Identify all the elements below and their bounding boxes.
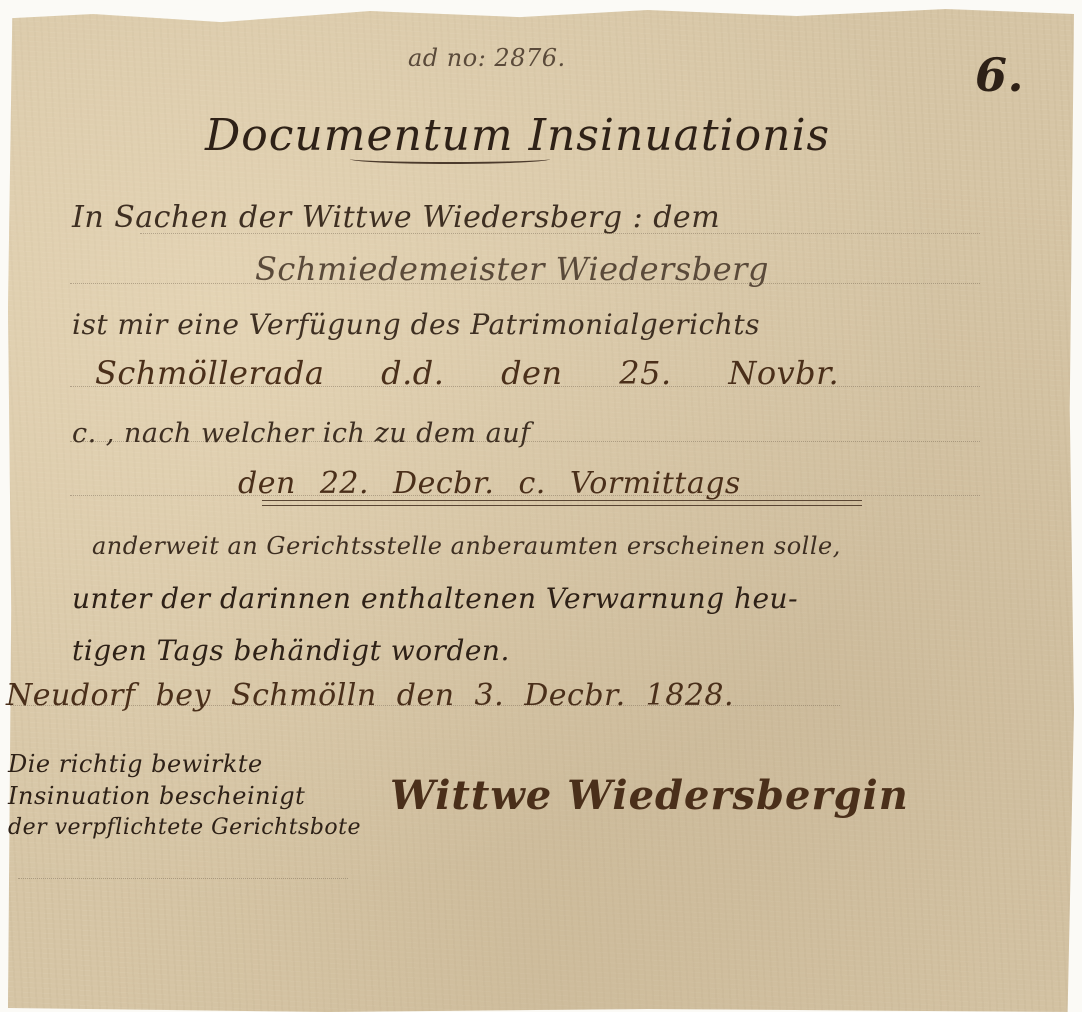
body-line-9: tigen Tags behändigt worden. xyxy=(72,634,510,667)
title-underline xyxy=(350,154,550,164)
body-line-4: Schmöllerada d.d. den 25. Novbr. xyxy=(95,354,839,392)
page-number: 6. xyxy=(975,48,1024,102)
certification-block: Die richtig bewirkte Insinuation beschei… xyxy=(8,748,368,844)
body-line-5: c. , nach welcher ich zu dem auf xyxy=(72,418,531,449)
appointment-underline xyxy=(262,500,862,506)
body-line-1: In Sachen der Wittwe Wiedersberg : dem xyxy=(72,200,720,235)
signature: Wittwe Wiedersbergin xyxy=(390,772,909,819)
body-line-6: den 22. Decbr. c. Vormittags xyxy=(238,466,741,501)
certification-line-1: Die richtig bewirkte xyxy=(8,748,368,780)
certification-line-3: der verpflichtete Gerichtsbote xyxy=(8,812,368,844)
body-line-3: ist mir eine Verfügung des Patrimonialge… xyxy=(72,308,760,341)
reference-number: ad no: 2876. xyxy=(408,44,566,72)
place-date: Neudorf bey Schmölln den 3. Decbr. 1828. xyxy=(6,678,734,713)
body-line-2: Schmiedemeister Wiedersberg xyxy=(255,250,769,288)
body-line-7: anderweit an Gerichtsstelle anberaumten … xyxy=(92,532,841,560)
body-line-8: unter der darinnen enthaltenen Verwarnun… xyxy=(72,582,798,615)
certification-line-2: Insinuation bescheinigt xyxy=(8,780,368,812)
ruled-line xyxy=(18,878,348,879)
